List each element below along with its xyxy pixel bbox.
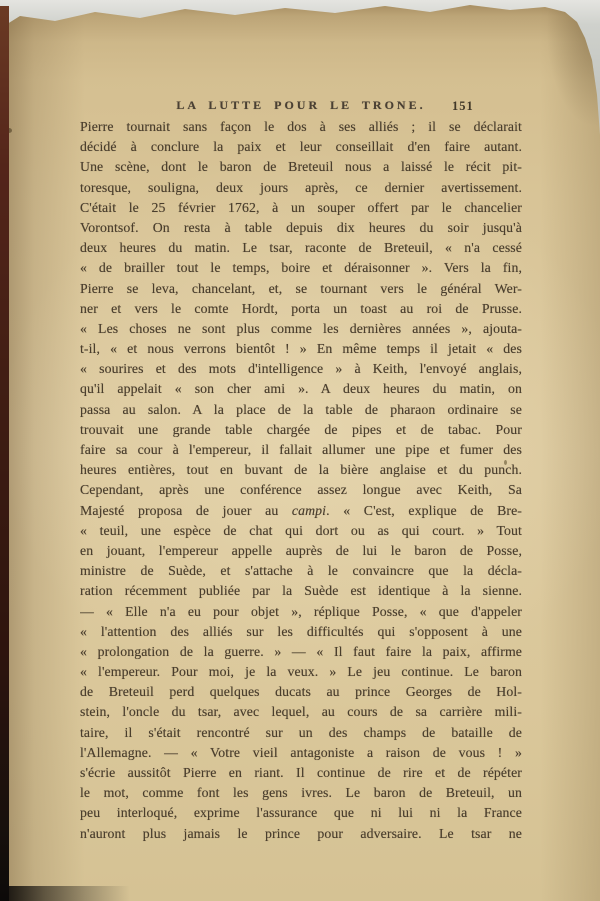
text-line: Cependant, après une conférence assez lo…	[80, 480, 522, 500]
text-line: le mot, comme font les gens ivres. Le ba…	[80, 783, 522, 803]
torn-corner-shading	[510, 0, 600, 190]
text-line: stein, l'oncle du tsar, avec lequel, au …	[80, 702, 522, 722]
text-line: t-il, « et nous verrons bientôt ! » En m…	[80, 339, 522, 359]
text-line: ration récemment publiée par la Suède es…	[80, 581, 522, 601]
text-line: toresque, souligna, deux jours après, ce…	[80, 178, 522, 198]
book-photo: LA LUTTE POUR LE TRONE. 151 Pierre tourn…	[0, 0, 600, 901]
text-line: l'Allemagne. — « Votre vieil antagoniste…	[80, 743, 522, 763]
text-line: qu'il appelait « son cher ami ». A deux …	[80, 379, 522, 399]
text-line: ministre de Suède, et s'attache à le con…	[80, 561, 522, 581]
book-page: LA LUTTE POUR LE TRONE. 151 Pierre tourn…	[0, 0, 600, 901]
text-line: Pierre tournait sans façon le dos à ses …	[80, 117, 522, 137]
body-text-block: Pierre tournait sans façon le dos à ses …	[80, 117, 522, 844]
running-header: LA LUTTE POUR LE TRONE. 151	[80, 98, 522, 114]
text-line: décidé à conclure la paix et leur consei…	[80, 137, 522, 157]
text-line: en jouant, l'empereur appelle auprès de …	[80, 541, 522, 561]
text-line: — « Elle n'a eu pour objet », réplique P…	[80, 602, 522, 622]
text-line: « sourires et des mots d'intelligence » …	[80, 359, 522, 379]
text-line: « teuil, une espèce de chat qui dort ou …	[80, 521, 522, 541]
text-line: Une scène, dont le baron de Breteuil nou…	[80, 157, 522, 177]
text-line: trouvait une grande table chargée de pip…	[80, 420, 522, 440]
text-line: heures entières, tout en buvant de la bi…	[80, 460, 522, 480]
text-line: ner et vers le comte Hordt, porta un toa…	[80, 299, 522, 319]
text-line: passa au salon. A la place de la table d…	[80, 400, 522, 420]
text-line: faire sa cour à l'empereur, il fallait a…	[80, 440, 522, 460]
text-line: C'était le 25 février 1762, à un souper …	[80, 198, 522, 218]
text-line: « Les choses ne sont plus comme les dern…	[80, 319, 522, 339]
page-number: 151	[452, 99, 474, 114]
text-line: « de brailler tout le temps, boire et dé…	[80, 258, 522, 278]
text-line: de Breteuil perd quelques ducats au prin…	[80, 682, 522, 702]
text-line: s'écrie aussitôt Pierre en riant. Il con…	[80, 763, 522, 783]
text-line: n'auront plus jamais le prince pour adve…	[80, 824, 522, 844]
text-line: « l'attention des alliés sur les difficu…	[80, 622, 522, 642]
text-line: taire, il s'était rencontré sur un des c…	[80, 723, 522, 743]
text-line: Vorontsof. On resta à table depuis dix h…	[80, 218, 522, 238]
text-line: peu interloqué, exprime l'assurance que …	[80, 803, 522, 823]
text-line: deux heures du matin. Le tsar, raconte d…	[80, 238, 522, 258]
text-line: Pierre se leva, chancelant, et, se tourn…	[80, 279, 522, 299]
background-left-edge	[0, 6, 9, 901]
text-line: « l'empereur. Pour moi, je la veux. » Le…	[80, 662, 522, 682]
text-line: Majesté proposa de jouer au campi. « C'e…	[80, 501, 522, 521]
text-line: « prolongation de la guerre. » — « Il fa…	[80, 642, 522, 662]
